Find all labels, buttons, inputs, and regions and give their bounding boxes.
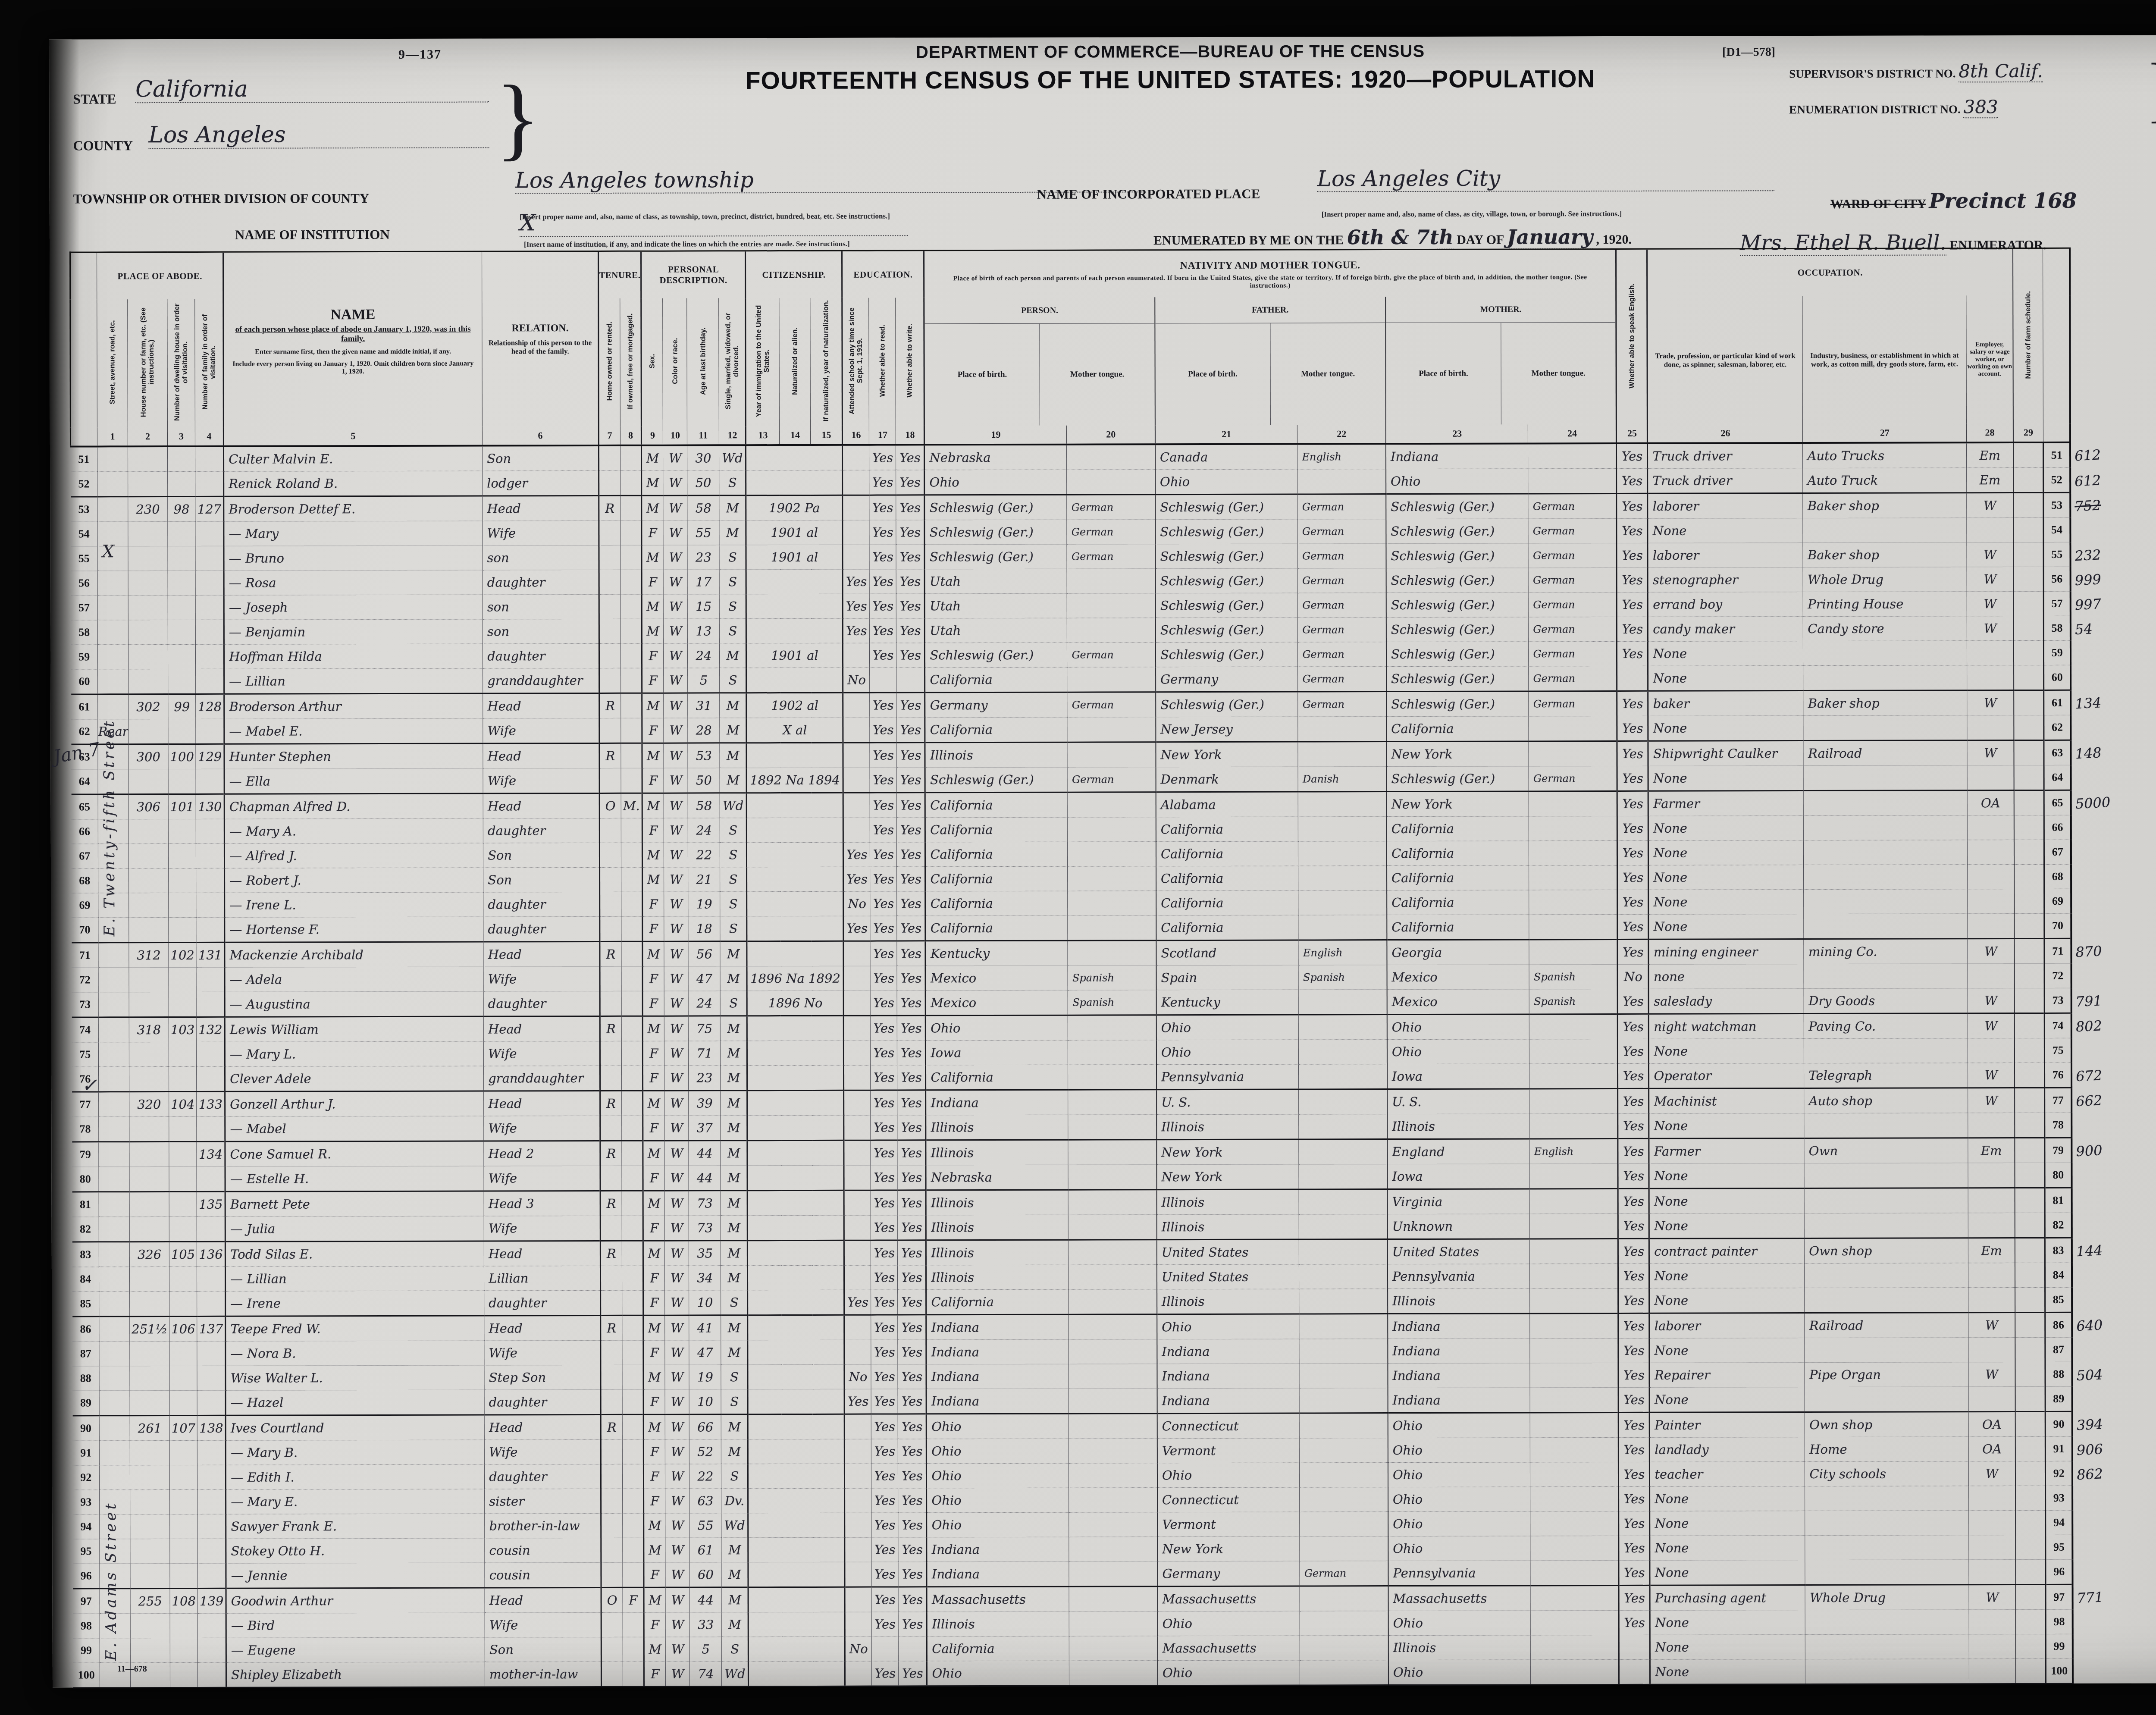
col-num: 19 [924, 426, 1067, 445]
cell-race: W [665, 1489, 689, 1513]
cell-attended-school [843, 520, 869, 545]
cell-owned-free [622, 1166, 643, 1191]
col-num: 9 [642, 426, 663, 445]
cell-relation: Son [483, 843, 600, 868]
cell-margin-annotation [2071, 1111, 2124, 1139]
cell-margin-annotation [2070, 814, 2123, 841]
cell-mother-birthplace: Ohio [1388, 1611, 1531, 1636]
cell-father-birthplace: Scotland [1156, 940, 1298, 966]
cell-able-to-read: Yes [871, 1414, 898, 1439]
cell-able-to-read: Yes [871, 1290, 898, 1315]
cell-able-to-read: Yes [871, 1513, 898, 1537]
cell-home-owned: R [600, 1141, 622, 1166]
cell-marital-status: M [721, 1191, 748, 1216]
cell-occupation: Shipwright Caulker [1648, 741, 1803, 766]
cell-speaks-english: Yes [1617, 468, 1648, 493]
census-record-row: 84— LillianLillianFW34MYesYesIllinoisUni… [72, 1263, 2124, 1292]
cell-margin-annotation [2072, 1633, 2125, 1660]
cell-employer-class [1969, 1486, 2015, 1511]
cell-citizenship [749, 1637, 845, 1661]
census-record-row: 93— Mary E.sisterFW63Dv.YesYesOhioConnec… [73, 1486, 2125, 1514]
cell-mother-tongue [1069, 1537, 1157, 1561]
cell-father-birthplace: Ohio [1157, 1314, 1299, 1339]
cell-employer-class: OA [1969, 1412, 2015, 1437]
cell-name: — Edith I. [226, 1464, 485, 1489]
cell-age: 73 [689, 1216, 721, 1241]
cell-margin-annotation [2071, 1037, 2124, 1064]
cell-age: 60 [689, 1562, 721, 1587]
cell-industry [1805, 1535, 1969, 1560]
cell-employer-class [1968, 1387, 2015, 1412]
mother-birth-header: MOTHER. Place of birth.Mother tongue. [1385, 296, 1617, 425]
cell-speaks-english [1617, 666, 1648, 691]
cell-citizenship [748, 1340, 844, 1364]
cell-race: W [664, 619, 688, 643]
cell-citizenship: 1901 al [746, 520, 843, 545]
cell-owned-free: M. [621, 793, 642, 818]
cell-owned-free [622, 1389, 644, 1414]
line-number: 78 [72, 1117, 99, 1142]
line-number-right: 98 [2046, 1609, 2073, 1634]
cell-farm-schedule [2015, 1287, 2045, 1312]
cell-occupation: landlady [1650, 1437, 1805, 1462]
cell-employer-class [1967, 518, 2013, 542]
cell-sex: F [642, 570, 664, 594]
line-number-right: 75 [2045, 1038, 2071, 1063]
cell-employer-class: Em [1968, 1238, 2015, 1263]
line-number-right: 97 [2046, 1584, 2072, 1609]
cell-relation: Head 2 [484, 1141, 600, 1166]
line-number-right: 96 [2046, 1559, 2072, 1584]
line-number-right: 77 [2045, 1088, 2071, 1113]
cell-citizenship: 1902 al [746, 693, 843, 718]
cell-sex: F [644, 1662, 666, 1687]
cell-employer-class: W [1969, 1461, 2015, 1486]
cell-relation: Wife [484, 1041, 600, 1066]
cell-farm-schedule [2015, 1312, 2045, 1337]
cell-name: — Hazel [226, 1390, 484, 1415]
cell-mother-birthplace: Ohio [1388, 1536, 1530, 1561]
cell-able-to-read: Yes [871, 1190, 898, 1215]
cell-home-owned [601, 1464, 623, 1489]
cell-house-number: 251½ [130, 1317, 169, 1342]
col-num: 14 [780, 426, 811, 445]
cell-house-number [129, 1167, 169, 1192]
cell-sex: M [642, 793, 664, 818]
cell-able-to-write: Yes [898, 1240, 926, 1265]
cell-mother-mother-tongue [1529, 1014, 1618, 1039]
cell-name: — Lillian [224, 668, 483, 694]
cell-mother-birthplace: Indiana [1388, 1363, 1530, 1388]
cell-home-owned [601, 1637, 623, 1662]
cell-race: W [665, 1414, 689, 1439]
cell-farm-schedule [2015, 1411, 2046, 1436]
cell-speaks-english: Yes [1618, 1238, 1649, 1264]
cell-father-birthplace: Ohio [1156, 1040, 1299, 1065]
cell-employer-class [1968, 914, 2014, 939]
street-name-vertical: E. Adams Street [102, 1303, 120, 1661]
cell-age: 44 [689, 1587, 721, 1612]
cell-able-to-write: Yes [897, 1115, 926, 1140]
cell-owned-free [621, 991, 643, 1016]
cell-dwelling-number [169, 1141, 197, 1166]
cell-attended-school [845, 1439, 871, 1464]
cell-family-number [197, 1514, 226, 1539]
cell-farm-schedule [2015, 1088, 2045, 1113]
cell-owned-free [620, 668, 642, 693]
margin-mark-x: X [102, 542, 114, 561]
cell-occupation: saleslady [1649, 989, 1804, 1014]
cell-father-birthplace: Schleswig (Ger.) [1155, 519, 1297, 544]
cell-family-number [196, 669, 224, 694]
line-number-right: 95 [2046, 1535, 2072, 1559]
cell-dwelling-number [169, 1440, 197, 1465]
cell-owned-free [623, 1612, 644, 1637]
cell-farm-schedule [2015, 1337, 2045, 1362]
cell-margin-annotation [2070, 838, 2123, 865]
cell-father-birthplace: New Jersey [1156, 717, 1298, 742]
cell-able-to-read: Yes [870, 768, 896, 793]
cell-dwelling-number [168, 571, 195, 595]
cell-race: W [664, 718, 688, 743]
cell-employer-class: W [1968, 1013, 2015, 1038]
cell-father-birthplace: Indiana [1157, 1364, 1299, 1389]
cell-industry [1804, 1038, 1968, 1063]
cell-race: W [665, 1538, 689, 1562]
col-num: 13 [746, 426, 780, 445]
cell-name: — Nora B. [226, 1341, 484, 1366]
cell-farm-schedule [2015, 1013, 2045, 1038]
cell-mother-birthplace: Ohio [1388, 1413, 1530, 1438]
cell-sex: M [643, 1016, 664, 1041]
cell-speaks-english: Yes [1617, 816, 1648, 840]
cell-mother-tongue [1067, 618, 1156, 643]
cell-mother-tongue: Spanish [1068, 966, 1156, 990]
cell-marital-status: M [720, 643, 746, 668]
cell-able-to-read: Yes [869, 445, 896, 470]
cell-industry [1803, 665, 1967, 691]
cell-street [97, 472, 128, 497]
cell-attended-school: Yes [843, 569, 870, 594]
cell-speaks-english: Yes [1619, 1462, 1650, 1486]
name-note-2: Include every person living on January 1… [231, 360, 475, 376]
cell-father-birthplace: Schleswig (Ger.) [1156, 618, 1298, 643]
cell-street [99, 1192, 129, 1217]
cell-father-mother-tongue: German [1298, 692, 1386, 717]
cell-birthplace: Indiana [926, 1389, 1069, 1414]
cell-marital-status: S [720, 892, 747, 916]
cell-house-number [130, 1342, 169, 1366]
cell-street [99, 1217, 129, 1242]
cell-home-owned [599, 818, 621, 843]
cell-able-to-read: Yes [871, 991, 897, 1016]
cell-father-mother-tongue [1299, 1314, 1388, 1339]
cell-name: — Mary [224, 521, 483, 546]
cell-mother-mother-tongue [1530, 1288, 1618, 1313]
cell-farm-schedule [2013, 517, 2043, 542]
cell-employer-class: W [1968, 1088, 2015, 1113]
cell-mother-tongue [1068, 1040, 1156, 1065]
cell-occupation: night watchman [1649, 1014, 1804, 1039]
cell-industry: Dry Goods [1804, 988, 1968, 1014]
cell-mother-birthplace: England [1387, 1139, 1529, 1164]
cell-able-to-read: Yes [869, 520, 896, 545]
col-num: 11 [687, 426, 719, 445]
census-record-row: 73— AugustinadaughterFW24S1896 NoYesYesM… [72, 988, 2123, 1017]
cell-age: 39 [689, 1091, 721, 1116]
cell-house-number [128, 472, 168, 497]
line-number: 68 [72, 868, 98, 893]
cell-house-number [130, 1292, 169, 1317]
line-number: 89 [72, 1391, 99, 1416]
cell-sex: F [642, 966, 664, 991]
cell-able-to-read: Yes [871, 1016, 897, 1041]
cell-citizenship [748, 1488, 845, 1513]
cell-name: — Eugene [226, 1637, 485, 1662]
cell-family-number [197, 1216, 225, 1242]
cell-age: 19 [688, 892, 720, 916]
cell-home-owned: R [600, 941, 621, 966]
cell-race: W [663, 545, 687, 570]
cell-age: 47 [688, 966, 720, 991]
census-record-row: 56— RosadaughterFW17SYesYesYesUtahSchles… [71, 567, 2122, 596]
cell-farm-schedule [2015, 1362, 2045, 1386]
cell-name: Stokey Otto H. [226, 1538, 485, 1563]
line-number-right: 68 [2044, 864, 2071, 889]
line-number: 93 [73, 1490, 100, 1514]
cell-home-owned [601, 1365, 622, 1389]
cell-mother-birthplace: Schleswig (Ger.) [1386, 494, 1528, 519]
census-record-row: 75— Mary L.WifeFW71MYesYesIowaOhioOhioYe… [72, 1038, 2123, 1067]
cell-name: — Bird [226, 1613, 485, 1638]
line-number-right: 66 [2044, 815, 2071, 840]
cell-margin-annotation: 771 [2072, 1583, 2125, 1611]
cell-mother-tongue [1069, 1265, 1157, 1289]
cell-sex: M [644, 1414, 665, 1439]
cell-race: W [665, 1216, 689, 1241]
cell-mother-birthplace: Ohio [1388, 1487, 1530, 1512]
cell-industry: Railroad [1803, 740, 1967, 766]
cell-able-to-read: Yes [870, 966, 897, 991]
cell-mother-mother-tongue [1528, 468, 1617, 493]
cell-farm-schedule [2015, 1038, 2045, 1063]
cell-mother-tongue [1069, 1339, 1157, 1364]
cell-birthplace: Indiana [926, 1364, 1069, 1389]
cell-house-number [130, 1391, 169, 1416]
line-number: 83 [72, 1242, 99, 1267]
cell-house-number [129, 1142, 169, 1167]
cell-sex: F [643, 991, 664, 1016]
cell-mother-tongue [1068, 1115, 1156, 1140]
cell-attended-school: No [843, 668, 870, 693]
cell-dwelling-number: 98 [168, 496, 195, 521]
cell-industry: Baker shop [1803, 493, 1967, 518]
cell-age: 74 [690, 1662, 722, 1687]
cell-relation: cousin [485, 1538, 601, 1563]
cell-home-owned: R [601, 1315, 622, 1340]
incorporated-place-label: NAME OF INCORPORATED PLACE [1037, 186, 1260, 202]
cell-marital-status: M [720, 768, 746, 793]
cell-mother-birthplace: Indiana [1388, 1388, 1530, 1413]
cell-sex: M [644, 1513, 665, 1538]
cell-mother-birthplace: California [1387, 890, 1529, 915]
cell-able-to-write: Yes [899, 1661, 927, 1686]
cell-race: W [665, 1340, 689, 1365]
cell-mother-birthplace: Schleswig (Ger.) [1386, 543, 1528, 568]
cell-dwelling-number [168, 819, 196, 843]
cell-speaks-english: Yes [1618, 1313, 1649, 1338]
cell-age: 73 [689, 1191, 721, 1216]
cell-father-mother-tongue: German [1298, 618, 1386, 642]
col-num: 23 [1386, 424, 1528, 444]
census-record-row: 62Rear— Mabel E.WifeFW28MX alYesYesCalif… [71, 715, 2123, 744]
cell-industry: Baker shop [1803, 690, 1967, 716]
cell-race: W [664, 793, 688, 818]
line-number-right: 83 [2045, 1238, 2072, 1263]
cell-farm-schedule [2015, 1535, 2046, 1559]
cell-family-number [197, 1116, 225, 1141]
line-number-right: 79 [2045, 1138, 2071, 1163]
cell-industry: mining Co. [1804, 939, 1968, 964]
census-record-row: 67— Alfred J.SonMW22SYesYesYesCalifornia… [71, 840, 2123, 868]
cell-name: Renick Roland B. [224, 471, 483, 496]
cell-mother-tongue [1068, 1065, 1156, 1090]
cell-sex: F [642, 916, 664, 941]
cell-margin-annotation [2072, 1608, 2125, 1635]
cell-street [98, 992, 129, 1017]
cell-occupation: Operator [1649, 1063, 1804, 1089]
cell-owned-free [622, 1290, 643, 1315]
cell-owned-free [623, 1662, 644, 1687]
cell-employer-class [1968, 815, 2014, 840]
cell-mother-tongue [1068, 1165, 1156, 1190]
cell-able-to-write: Yes [896, 569, 925, 594]
cell-house-number [129, 1067, 169, 1092]
col-num: 22 [1297, 425, 1386, 444]
cell-occupation: Truck driver [1648, 443, 1803, 468]
cell-speaks-english [1619, 1659, 1650, 1684]
cell-able-to-read: Yes [871, 1240, 898, 1265]
cell-age: 5 [688, 668, 720, 693]
line-number: 92 [72, 1465, 99, 1490]
cell-name: Clever Adele [225, 1066, 484, 1091]
cell-age: 55 [689, 1513, 721, 1538]
cell-dwelling-number [169, 843, 196, 868]
cell-industry [1803, 641, 1967, 666]
father-birth-header: FATHER. Place of birth.Mother tongue. [1155, 297, 1386, 425]
cell-mother-mother-tongue [1529, 939, 1617, 964]
cell-industry [1805, 1188, 1968, 1213]
cell-farm-schedule [2015, 1386, 2045, 1411]
cell-father-mother-tongue [1298, 817, 1387, 841]
cell-dwelling-number [169, 967, 196, 992]
cell-race: W [665, 1315, 689, 1340]
line-number: 82 [72, 1217, 99, 1242]
line-number: 51 [70, 446, 97, 472]
cell-speaks-english: Yes [1618, 1039, 1649, 1063]
cell-mother-mother-tongue [1530, 1412, 1619, 1437]
col-num: 16 [843, 426, 869, 445]
cell-house-number: 318 [129, 1017, 169, 1042]
cell-marital-status: M [721, 1340, 748, 1365]
cell-street [98, 968, 129, 992]
cell-margin-annotation [2072, 1657, 2125, 1685]
col-num: 29 [2013, 423, 2043, 442]
cell-speaks-english: Yes [1617, 567, 1648, 592]
census-record-row: 74318103132Lewis WilliamHeadRMW75MYesYes… [72, 1013, 2123, 1042]
cell-mother-tongue [1067, 667, 1156, 692]
cell-margin-annotation: 997 [2070, 590, 2123, 617]
cell-employer-class [1969, 1535, 2015, 1560]
cell-occupation: None [1649, 1338, 1805, 1363]
cell-family-number [197, 1291, 226, 1316]
cell-mother-mother-tongue [1530, 1238, 1618, 1264]
cell-sex: M [642, 495, 663, 520]
cell-relation: brother-in-law [485, 1513, 601, 1538]
cell-home-owned: R [601, 1414, 622, 1439]
home-owned-column-header: Home owned or rented. [599, 298, 620, 426]
cell-margin-annotation [2070, 639, 2123, 666]
cell-dwelling-number [170, 1563, 197, 1588]
cell-attended-school [844, 1065, 871, 1090]
cell-margin-annotation: 802 [2071, 1012, 2124, 1039]
cell-farm-schedule [2014, 616, 2044, 640]
cell-industry: Candy store [1803, 616, 1967, 641]
line-number-right: 62 [2044, 715, 2071, 740]
cell-occupation: None [1650, 1635, 1805, 1660]
cell-margin-annotation: 144 [2071, 1236, 2124, 1264]
cell-sex: M [643, 1091, 664, 1116]
cell-house-number: 230 [128, 497, 168, 522]
cell-margin-annotation: 54 [2070, 615, 2123, 642]
cell-speaks-english: Yes [1617, 890, 1648, 914]
cell-age: 56 [688, 941, 720, 966]
cell-margin-annotation [2071, 1336, 2125, 1363]
cell-race: W [664, 843, 688, 867]
line-number-right: 70 [2044, 913, 2071, 938]
cell-age: 35 [689, 1241, 721, 1266]
cell-industry [1804, 840, 1968, 865]
cell-occupation: None [1649, 1387, 1805, 1413]
cell-industry: Auto Truck [1803, 468, 1967, 493]
cell-occupation: None [1650, 1536, 1805, 1561]
cell-name: — Irene [226, 1291, 484, 1316]
cell-name: Teepe Fred W. [226, 1316, 484, 1341]
cell-margin-annotation [2072, 1509, 2125, 1536]
cell-marital-status: S [720, 867, 747, 892]
cell-home-owned: O [601, 1587, 623, 1612]
cell-occupation: Farmer [1648, 791, 1804, 816]
cell-citizenship [748, 1290, 844, 1315]
cell-age: 61 [689, 1538, 721, 1562]
cell-industry: Auto Trucks [1803, 442, 1967, 468]
cell-father-birthplace: Illinois [1156, 1114, 1299, 1140]
line-number: 70 [72, 918, 98, 943]
cell-occupation: Painter [1650, 1412, 1805, 1438]
cell-employer-class [1969, 1659, 2016, 1684]
cell-margin-annotation: 232 [2070, 541, 2123, 568]
line-number-right: 91 [2046, 1436, 2072, 1461]
cell-father-mother-tongue [1299, 990, 1387, 1015]
cell-owned-free [623, 1637, 644, 1662]
cell-relation: daughter [483, 991, 600, 1016]
cell-relation: mother-in-law [485, 1662, 602, 1687]
cell-able-to-write: Yes [896, 643, 925, 668]
cell-birthplace: Schleswig (Ger.) [924, 495, 1067, 520]
cell-able-to-write: Yes [898, 1414, 927, 1439]
cell-name: — Jennie [226, 1563, 485, 1588]
cell-attended-school [844, 1240, 871, 1265]
